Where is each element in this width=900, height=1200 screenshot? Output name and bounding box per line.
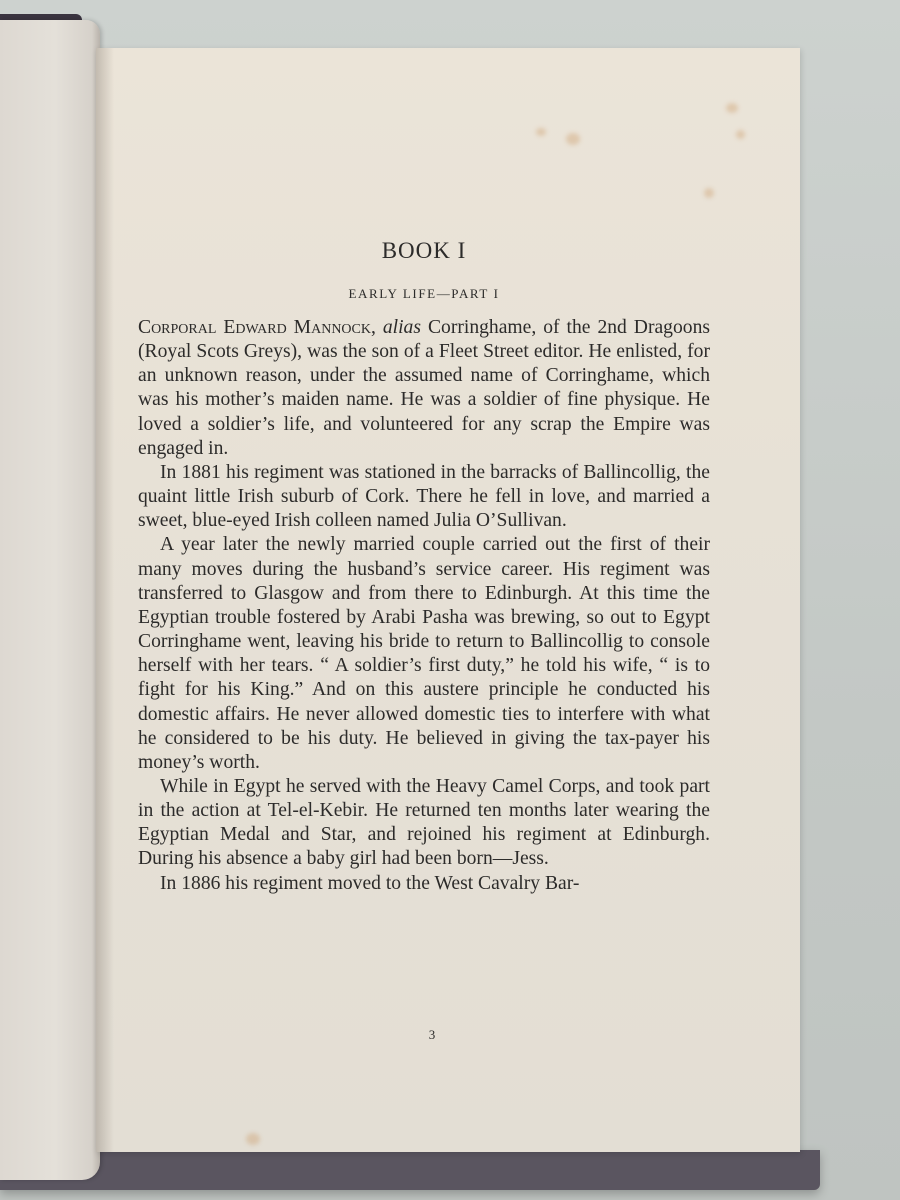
paragraph-4: While in Egypt he served with the Heavy …: [138, 775, 710, 872]
chapter-heading: EARLY LIFE—PART I: [138, 286, 710, 304]
body-text: Corporal Edward Mannock, alias Corringha…: [138, 316, 710, 896]
paragraph-3: A year later the newly married couple ca…: [138, 533, 710, 775]
lead-italic: alias: [383, 317, 421, 338]
page-number: 3: [412, 1027, 452, 1043]
paragraph-text: Corringhame, of the 2nd Dragoons (Royal …: [138, 317, 710, 459]
lead-name-smallcaps: Corporal Edward Mannock,: [138, 317, 376, 338]
book-cover-bottom: [0, 1150, 820, 1190]
foxing-stain: [726, 103, 738, 113]
foxing-stain: [566, 133, 580, 145]
book-heading: BOOK I: [138, 236, 710, 268]
foxing-stain: [736, 130, 745, 139]
paragraph-5: In 1886 his regiment moved to the West C…: [138, 872, 710, 896]
page-text-block: BOOK I EARLY LIFE—PART I Corporal Edward…: [138, 236, 710, 896]
foxing-stain: [246, 1133, 260, 1145]
paragraph-2: In 1881 his regiment was stationed in th…: [138, 461, 710, 533]
gutter-shadow: [96, 48, 114, 1152]
left-page-edge: [0, 20, 100, 1180]
foxing-stain: [536, 128, 546, 136]
paragraph-1: Corporal Edward Mannock, alias Corringha…: [138, 316, 710, 461]
foxing-stain: [704, 188, 714, 198]
